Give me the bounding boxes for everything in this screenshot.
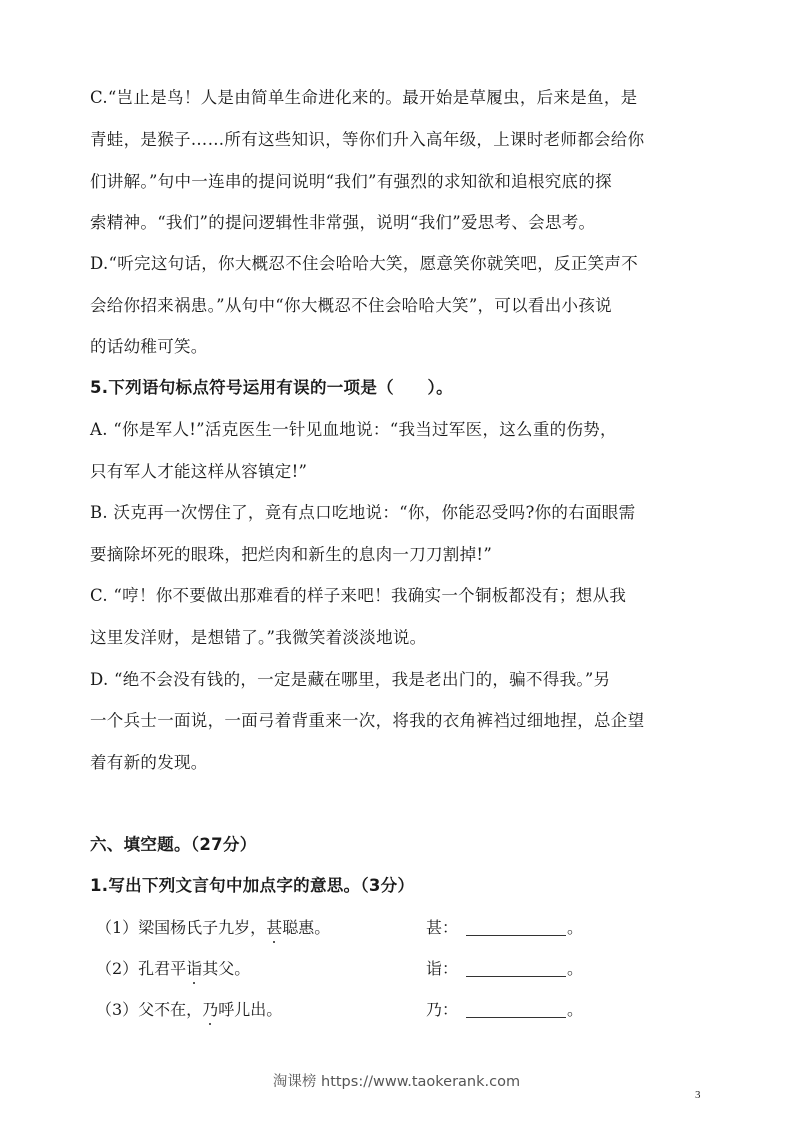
- page-number: 3: [695, 1089, 701, 1101]
- answer-blank-1[interactable]: [466, 935, 566, 936]
- q5-option-c-line-2: 这里发洋财，是想错了。”我微笑着淡淡地说。: [90, 628, 705, 648]
- sentence-prefix: （1）梁国杨氏子九岁，: [96, 918, 266, 937]
- dotted-character: 甚: [266, 917, 282, 939]
- q5-option-a-line-2: 只有军人才能这样从容镇定!”: [90, 462, 705, 482]
- q4-option-c-line-2: 青蛙，是猴子……所有这些知识，等你们升入高年级，上课时老师都会给你: [90, 130, 705, 150]
- q4-option-d-line-2: 会给你招来祸患。”从句中“你大概忍不住会哈哈大笑”，可以看出小孩说: [90, 296, 705, 316]
- fill-item-1-sentence: （1）梁国杨氏子九岁，甚聪惠。: [96, 917, 330, 939]
- fill-item-1-key: 甚：: [426, 917, 458, 939]
- fill-item-2-key: 诣：: [426, 958, 458, 980]
- fill-item-2: （2）孔君平诣其父。 诣： 。: [96, 958, 616, 982]
- q4-option-c-line-4: 索精神。“我们”的提问逻辑性非常强，说明“我们”爱思考、会思考。: [90, 213, 705, 233]
- q5-option-d-line-2: 一个兵士一面说，一面弓着背重来一次，将我的衣角裤裆过细地捏，总企望: [90, 711, 705, 731]
- sentence-suffix: 聪惠。: [282, 918, 330, 937]
- answer-blank-2[interactable]: [466, 976, 566, 977]
- q5-option-c-line-1: C. “哼！你不要做出那难看的样子来吧！我确实一个铜板都没有；想从我: [90, 586, 705, 606]
- watermark-footer: 淘课榜 https://www.taokerank.com: [0, 1070, 793, 1091]
- fill-item-1: （1）梁国杨氏子九岁，甚聪惠。 甚： 。: [96, 917, 616, 941]
- answer-blank-3[interactable]: [466, 1017, 566, 1018]
- fill-item-2-sentence: （2）孔君平诣其父。: [96, 958, 250, 980]
- q4-option-c-line-3: 们讲解。”句中一连串的提问说明“我们”有强烈的求知欲和追根究底的探: [90, 172, 705, 192]
- fill-item-3: （3）父不在，乃呼儿出。 乃： 。: [96, 999, 616, 1023]
- section-6-q1-title: 1.写出下列文言句中加点字的意思。（3分）: [90, 876, 705, 896]
- dotted-character: 乃: [202, 999, 218, 1021]
- fill-item-3-key: 乃：: [426, 999, 458, 1021]
- sentence-suffix: 呼儿出。: [218, 1000, 282, 1019]
- sentence-prefix: （2）孔君平: [96, 959, 186, 978]
- fill-item-3-sentence: （3）父不在，乃呼儿出。: [96, 999, 282, 1021]
- q5-option-a-line-1: A. “你是军人!”活克医生一针见血地说：“我当过军医，这么重的伤势，: [90, 420, 705, 440]
- q5-option-d-line-3: 着有新的发现。: [90, 753, 705, 773]
- fill-item-2-period: 。: [567, 958, 583, 980]
- document-page: C.“岂止是鸟！人是由简单生命进化来的。最开始是草履虫，后来是鱼，是 青蛙，是猴…: [0, 0, 793, 1122]
- fill-item-3-period: 。: [567, 999, 583, 1021]
- q5-option-b-line-2: 要摘除坏死的眼珠，把烂肉和新生的息肉一刀刀割掉!”: [90, 545, 705, 565]
- sentence-suffix: 其父。: [202, 959, 250, 978]
- fill-item-1-period: 。: [567, 917, 583, 939]
- section-6-title: 六、填空题。（27分）: [90, 835, 705, 855]
- q5-option-d-line-1: D. “绝不会没有钱的，一定是藏在哪里，我是老出门的，骗不得我。”另: [90, 670, 705, 690]
- q4-option-d-line-1: D.“听完这句话，你大概忍不住会哈哈大笑，愿意笑你就笑吧，反正笑声不: [90, 254, 705, 274]
- dotted-character: 诣: [186, 958, 202, 980]
- q4-option-d-line-3: 的话幼稚可笑。: [90, 337, 705, 357]
- q5-title: 5.下列语句标点符号运用有误的一项是（ ）。: [90, 378, 705, 398]
- sentence-prefix: （3）父不在，: [96, 1000, 202, 1019]
- q4-option-c-line-1: C.“岂止是鸟！人是由简单生命进化来的。最开始是草履虫，后来是鱼，是: [90, 88, 705, 108]
- q5-option-b-line-1: B. 沃克再一次愣住了，竟有点口吃地说：“你，你能忍受吗?你的右面眼需: [90, 503, 705, 523]
